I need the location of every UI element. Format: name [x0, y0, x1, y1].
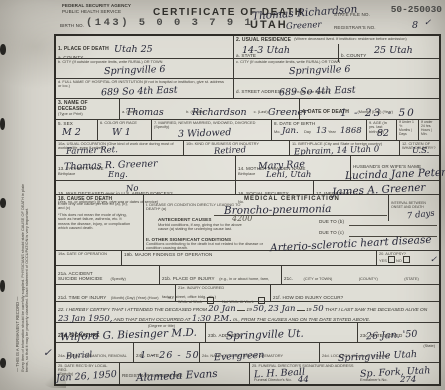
father-cell: 13. FATHER'S NAME Thomas R. Greener Birt… — [56, 156, 236, 180]
race-cell: 6. COLOR OR RACE W 1 — [98, 120, 152, 140]
date-received-cell: 25. DATE REC'D BY LOCAL REG. Jan 26, 195… — [56, 363, 120, 384]
age-value: 82 — [377, 129, 389, 139]
scan-artifact — [0, 44, 6, 55]
sex-cell: 5. SEX M 2 — [56, 120, 98, 140]
operation-findings-label: 19b. MAJOR FINDINGS OF OPERATION — [124, 252, 374, 258]
injury-occurred-label: 21e. INJURY OCCURRED — [178, 286, 268, 290]
accident-label: 21a. ACCIDENT SUICIDE HOMICIDE — [58, 271, 106, 282]
certificate-form: 1. PLACE OF DEATH a. COUNTY Utah 25 2. U… — [54, 34, 441, 386]
residence-title-note: (Where deceased lived. If institution: r… — [294, 37, 407, 43]
autopsy-yes-checkbox — [388, 256, 395, 263]
spouse-value: Lucinda Jane Peterson — [345, 167, 445, 182]
row-address: d. FULL NAME OF HOSPITAL OR INSTITUTION … — [56, 79, 439, 99]
injury-state-label: (STATE) — [404, 276, 419, 281]
sex-label: 5. SEX — [58, 121, 95, 127]
date-of-death-value: 1 - 23 - 50 — [340, 108, 416, 119]
residence-title: 2. USUAL RESIDENCE — [236, 37, 291, 43]
row-forces: 15. WAS DECEASED ever in U.S. ARMED FORC… — [56, 181, 439, 195]
agency-line-1: FEDERAL SECURITY AGENCY — [62, 3, 131, 9]
cemetery-cell: 24c. NAME OF CEMETERY OR CREMATORY Everg… — [200, 343, 320, 362]
date-signed-cell: 23c. DATE SIGNED 26 Jan. '50 — [358, 323, 439, 342]
marital-value: 3 Widowed — [178, 128, 232, 139]
birth-no-label: BIRTH NO. — [60, 23, 84, 29]
agency-line-2: PUBLIC HEALTH SERVICE — [62, 9, 131, 15]
row-certify: 22. I HEREBY CERTIFY THAT I ATTENDED THE… — [56, 302, 439, 323]
margin-line-3: terms, so that it may be properly classi… — [25, 42, 29, 372]
operation-date-cell: 19a. DATE OF OPERATION — [56, 251, 122, 265]
registrar-no-mark: ✓ — [424, 19, 431, 28]
cemetery-value: Evergreen — [214, 351, 265, 363]
medical-certification-cell: MEDICAL CERTIFICATION I. DISEASE OR COND… — [144, 195, 439, 250]
burial-date-cell: 24b. DATE 1 - 26 - 50 — [134, 343, 200, 362]
certify-to-year: 50 — [313, 304, 324, 314]
place-of-death-county-cell: 1. PLACE OF DEATH a. COUNTY Utah 25 — [56, 36, 234, 58]
industry-cell: 10b. KIND OF BUSINESS OR INDUSTRY Retire… — [184, 141, 290, 155]
physician-signature-value: Wilford G. Biesinger M.D. — [60, 328, 197, 343]
informant-cell: 17. INFORMANT James A. Greener — [314, 181, 439, 194]
autopsy-no-checkbox — [403, 256, 410, 263]
place-of-injury-label: 21b. PLACE OF INJURY — [162, 276, 215, 281]
dob-year-label: Year — [328, 130, 336, 134]
due-to-c-label: DUE TO (c) — [319, 230, 344, 236]
race-value: W 1 — [112, 128, 131, 138]
cause-note-1: Enter only one cause per line for (a), (… — [58, 202, 134, 211]
row-place-residence: 1. PLACE OF DEATH a. COUNTY Utah 25 2. U… — [56, 36, 439, 59]
dob-day-label: Day — [304, 130, 311, 134]
injury-location-cell: 21c. (CITY or TOWN) (COUNTY) (STATE) — [282, 266, 439, 284]
autopsy-cell: 20. AUTOPSY? YES NO ✓ — [377, 251, 439, 265]
residence-state-value: 14-3 Utah — [242, 46, 290, 56]
dob-mo-label: Mo. — [274, 130, 281, 134]
injury-how-cell: 21f. HOW DID INJURY OCCUR? — [271, 285, 439, 301]
ssn-cell: 16. SOCIAL SECURITY No. — [236, 181, 314, 194]
funeral-director-no-label: Funeral Director's No. — [254, 378, 292, 382]
dob-year-value: 1868 — [340, 127, 362, 136]
margin-note: — THIS IS A PERMANENT RECORD — Every ite… — [16, 42, 30, 372]
autopsy-yes-label: YES — [379, 258, 387, 263]
certify-to-date: 23 Jan — [268, 304, 295, 314]
dob-mo-value: Jan. — [282, 127, 299, 136]
row-accident: 21a. ACCIDENT SUICIDE HOMICIDE (Specify)… — [56, 266, 439, 285]
row-occupation: 10a. USUAL OCCUPATION (Give kind of work… — [56, 141, 439, 156]
first-name-value: Thomas — [126, 108, 164, 118]
citizen-value: U.S. — [412, 147, 429, 156]
age-cell: 9. AGE (In yrs. last birthday) 82 — [367, 120, 397, 140]
certify-from-year: 50, — [253, 304, 267, 314]
certify-mid: THAT I LAST SAW THE DECEASED ALIVE ON — [325, 308, 427, 313]
mother-birthplace-value: Lehi, Utah — [266, 171, 311, 180]
residence-county-value: 25 Utah — [374, 46, 413, 56]
registrar-signature-value: Alameda Evans — [136, 369, 218, 384]
state-index-stamp: (143) 5 0 0 3 7 9 1 — [86, 17, 253, 29]
handwritten-name-last: Greener — [286, 21, 322, 31]
armed-forces-value: No — [126, 185, 139, 194]
residence-city-label: c. CITY (If outside corporate limits, wr… — [236, 60, 376, 64]
accident-cell: 21a. ACCIDENT SUICIDE HOMICIDE (Specify) — [56, 266, 160, 284]
injury-time-meridiem: m. — [168, 296, 172, 300]
occupation-cell: 10a. USUAL OCCUPATION (Give kind of work… — [56, 141, 184, 155]
burial-value: Burial — [66, 351, 93, 361]
scan-artifact — [0, 198, 6, 208]
name-note: (Type or Print) — [58, 112, 117, 116]
date-of-death-cell: 4. DATE OF DEATH (Month) (Day) (Year) 1 … — [299, 99, 439, 119]
agency-block: FEDERAL SECURITY AGENCY PUBLIC HEALTH SE… — [62, 3, 131, 14]
certify-pre: 22. I HEREBY CERTIFY THAT I ATTENDED THE… — [58, 308, 207, 313]
industry-value: Retired — [214, 146, 247, 156]
place-county-value: Utah 25 — [114, 45, 153, 55]
operation-date-label: 19a. DATE OF OPERATION — [58, 252, 119, 256]
race-label: 6. COLOR OR RACE — [100, 121, 149, 125]
name-fields: a. (First) b. (Middle) c. (Last) Thomas … — [120, 99, 299, 119]
residence-city-cell: c. CITY (If outside corporate limits, wr… — [234, 59, 439, 78]
antecedent-note: Morbid conditions, if any, giving rise t… — [158, 223, 250, 232]
funeral-director-no-value: 44 — [298, 376, 309, 385]
place-of-injury-cell: 21b. PLACE OF INJURY (e.g., in or about … — [160, 266, 282, 284]
hospital-value: 689 So 4th East — [101, 86, 178, 98]
certify-from-date: 20 Jan — [208, 304, 235, 314]
medical-certification-title: MEDICAL CERTIFICATION — [244, 196, 340, 202]
certify-19-a: 19 — [246, 308, 251, 313]
row-injury-time: 21d. TIME OF INJURY (Month) (Day) (Year)… — [56, 285, 439, 302]
residence-county-label: b. COUNTY — [341, 53, 366, 58]
row-cause: 18. CAUSE OF DEATH Enter only one cause … — [56, 195, 439, 251]
hospital-cell: d. FULL NAME OF HOSPITAL OR INSTITUTION … — [56, 79, 234, 98]
row-city: b. CITY (If outside corporate limits, wr… — [56, 59, 439, 79]
embalmer-no-value: 274 — [400, 376, 416, 385]
cemetery-location-state-label: (State) — [423, 344, 435, 348]
armed-forces-cell: 15. WAS DECEASED ever in U.S. ARMED FORC… — [56, 181, 236, 194]
row-operation: 19a. DATE OF OPERATION 19b. MAJOR FINDIN… — [56, 251, 439, 266]
place-of-death-title: 1. PLACE OF DEATH — [58, 46, 109, 52]
operation-findings-cell: 19b. MAJOR FINDINGS OF OPERATION — [122, 251, 377, 265]
street-value: 689 So 4th East — [279, 86, 356, 98]
burial-date-value: 1 - 26 - 50 — [140, 351, 200, 361]
interval-label: INTERVAL BETWEEN ONSET AND DEATH — [391, 201, 437, 209]
autopsy-no-label: NO — [396, 258, 402, 263]
registrar-no-label: REGISTRAR'S NO. — [334, 25, 376, 31]
physician-address-cell: 23b. ADDRESS Springville Ut. — [206, 323, 358, 342]
other-conditions-note: Conditions contributing to the death but… — [146, 242, 264, 251]
father-birthplace-value: Eng. — [108, 171, 128, 180]
dob-day-value: 13 — [316, 127, 327, 136]
state-file-number: 50-250030 — [391, 4, 442, 15]
physician-signature-cell: 23a. SIGNATURE (Degree or title) Wilford… — [56, 323, 206, 342]
burial-cell: 24a. BURIAL, CREMATION, REMOVAL (Specify… — [56, 343, 134, 362]
cause-note-2: *This does not mean the mode of dying, s… — [58, 213, 134, 231]
injury-occurred-cell: 21e. INJURY OCCURRED While at Work Not W… — [176, 285, 271, 301]
injury-location-number: 21c. — [284, 276, 293, 281]
cemetery-location-value: Springville Utah — [338, 350, 417, 364]
injury-time-label: 21d. TIME OF INJURY — [58, 295, 106, 300]
injury-city-label: (CITY or TOWN) — [304, 276, 333, 281]
name-label-cell: 3. NAME OF DECEASED (Type or Print) — [56, 99, 120, 119]
under-24hr-cols: Hours | Min. — [421, 129, 437, 137]
place-city-value: Springville 6 — [104, 65, 166, 77]
row-name: 3. NAME OF DECEASED (Type or Print) a. (… — [56, 99, 439, 120]
middle-name-value: Richardson — [192, 108, 247, 118]
funeral-director-cell: 25. FUNERAL DIRECTOR'S SIGNATURE AND ADD… — [250, 363, 439, 384]
interval-value: 7 days — [407, 210, 436, 221]
father-birthplace-label: Birthplace — [58, 172, 75, 176]
cemetery-location-cell: 24d. LOCATION (City, town, or county) (S… — [320, 343, 439, 362]
occupation-value: Farmer Ret. — [66, 146, 118, 156]
date-signed-value: 26 Jan. '50 — [366, 330, 418, 342]
citizen-cell: 12. CITIZEN OF WHAT COUNTRY? U.S. — [400, 141, 439, 155]
street-label: d. STREET ADDRESS — [236, 89, 284, 94]
injury-time-cell: 21d. TIME OF INJURY (Month) (Day) (Year)… — [56, 285, 176, 301]
date-received-value: Jan 26, 1950 — [56, 370, 117, 384]
mother-birthplace-label: Birthplace — [238, 172, 255, 176]
injury-time-cols: (Month) (Day) (Year) (Hour) — [111, 295, 159, 300]
due-to-b-label: DUE TO (b) — [319, 219, 344, 225]
place-city-cell: b. CITY (If outside corporate limits, wr… — [56, 59, 234, 78]
residence-city-value: Springville 6 — [289, 65, 351, 77]
mother-cell: 14. MOTHER'S MAIDEN NAME Mary Rae Birthp… — [236, 156, 351, 180]
under-24hr-cell: If under 24 hrs. Hours | Min. — [419, 120, 439, 140]
injury-how-label: 21f. HOW DID INJURY OCCUR? — [273, 295, 343, 300]
registrar-signature-cell: REGISTRAR'S SIGNATURE Alameda Evans — [120, 363, 250, 384]
spouse-cell: HUSBAND'S OR WIFE'S NAME Lucinda Jane Pe… — [351, 156, 439, 180]
street-address-cell: d. STREET ADDRESS (If rural, give locati… — [234, 79, 439, 98]
scan-artifact — [0, 118, 5, 130]
under-1yr-cols: Months | Days — [399, 129, 416, 137]
row-signature: 23a. SIGNATURE (Degree or title) Wilford… — [56, 323, 439, 343]
cause-notes-cell: 18. CAUSE OF DEATH Enter only one cause … — [56, 195, 144, 250]
scan-artifact — [0, 358, 6, 368]
row-vitals: 5. SEX M 2 6. COLOR OR RACE W 1 7. MARRI… — [56, 120, 439, 141]
last-name-label: c. (Last) — [254, 109, 268, 114]
birthplace-cell: 11. BIRTHPLACE (City and State or foreig… — [290, 141, 400, 155]
registrar-no-value: 8 — [412, 21, 418, 31]
accident-note: (Specify) — [110, 276, 125, 281]
physician-address-value: Springville Ut. — [226, 329, 304, 342]
usual-residence-cell: 2. USUAL RESIDENCE (Where deceased lived… — [234, 36, 439, 58]
under-1yr-cell: If Under 1 Yr. Months | Days — [397, 120, 419, 140]
scan-artifact — [0, 280, 5, 292]
marital-cell: 7. MARRIED, NEVER MARRIED, WIDOWED, DIVO… — [152, 120, 272, 140]
injury-county-label: (COUNTY) — [359, 276, 378, 281]
row-registrar: 25. DATE REC'D BY LOCAL REG. Jan 26, 195… — [56, 363, 439, 384]
dob-cell: 8. DATE OF BIRTH Mo. Jan. Day 13 Year 18… — [272, 120, 367, 140]
embalmer-no-label: Embalmer's No. — [360, 378, 388, 382]
certify-19-b: 19 — [306, 308, 311, 313]
sex-value: M 2 — [62, 128, 81, 138]
margin-check-mark: ✓ — [43, 348, 52, 359]
certify-cell: 22. I HEREBY CERTIFY THAT I ATTENDED THE… — [56, 302, 439, 322]
autopsy-no-mark: ✓ — [430, 256, 437, 265]
row-burial: 24a. BURIAL, CREMATION, REMOVAL (Specify… — [56, 343, 439, 363]
row-parents: 13. FATHER'S NAME Thomas R. Greener Birt… — [56, 156, 439, 181]
